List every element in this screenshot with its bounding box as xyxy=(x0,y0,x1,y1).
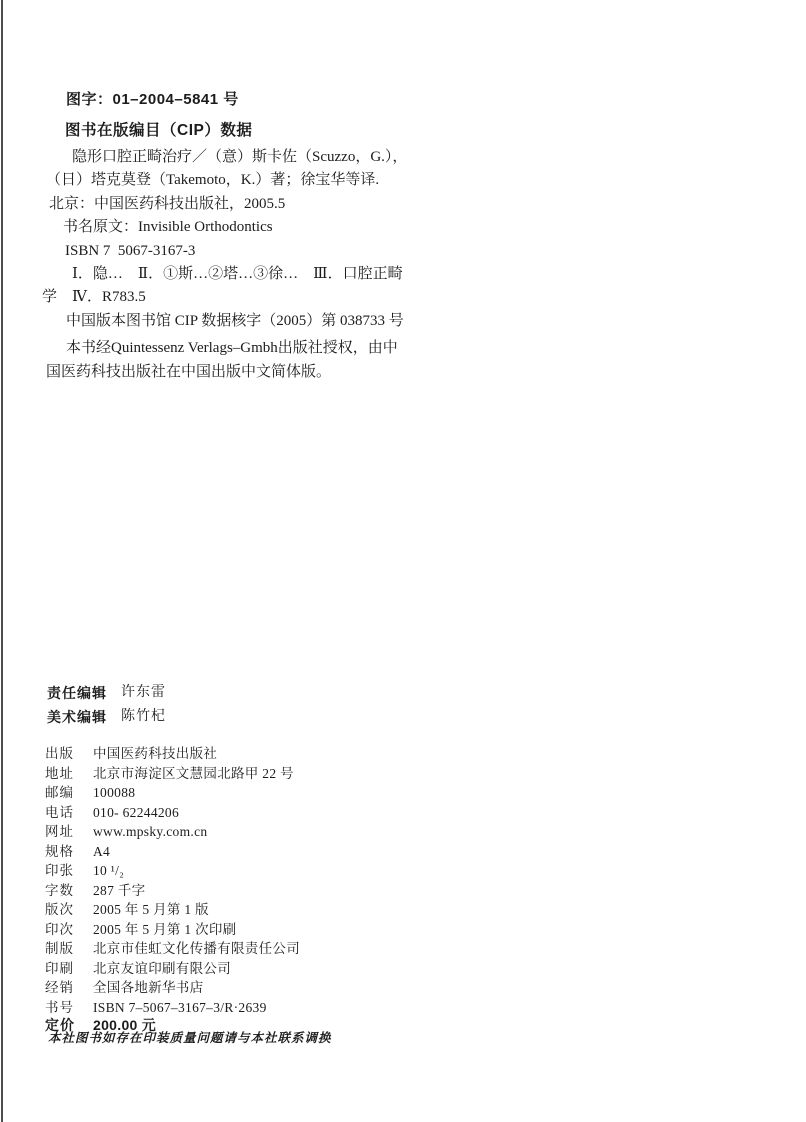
pub-row-website: 网址 www.mpsky.com.cn xyxy=(45,820,300,840)
pub-label: 电话 xyxy=(45,801,93,821)
editor-role-label: 美术编辑 xyxy=(47,705,107,729)
pub-label: 字数 xyxy=(45,879,93,899)
pub-row-platemaking: 制版 北京市佳虹文化传播有限责任公司 xyxy=(45,937,300,957)
editor-name: 许东雷 xyxy=(121,681,166,705)
editor-row: 美术编辑 陈竹杞 xyxy=(47,705,166,729)
pub-value: 2005 年 5 月第 1 次印刷 xyxy=(93,918,236,938)
pub-row-address: 地址 北京市海淀区文慧园北路甲 22 号 xyxy=(45,762,300,782)
pub-value: 北京市佳虹文化传播有限责任公司 xyxy=(93,937,300,957)
pub-row-distributor: 经销 全国各地新华书店 xyxy=(45,976,300,996)
pub-label: 制版 xyxy=(45,937,93,957)
cip-license-line: 本书经Quintessenz Verlags–Gmbh出版社授权，由中 xyxy=(66,337,522,360)
cip-isbn-line: ISBN 7 5067-3167-3 xyxy=(65,240,522,263)
cip-heading: 图书在版编目（CIP）数据 xyxy=(65,118,252,140)
pub-value: 010- 62244206 xyxy=(93,805,179,821)
scan-edge-line xyxy=(1,0,3,1122)
pub-row-wordcount: 字数 287 千字 xyxy=(45,879,300,899)
publication-info-list: 出版 中国医药科技出版社 地址 北京市海淀区文慧园北路甲 22 号 邮编 100… xyxy=(45,742,300,1035)
pub-label: 印张 xyxy=(45,859,93,879)
pub-label: 印次 xyxy=(45,918,93,938)
pub-label: 规格 xyxy=(45,840,93,860)
pub-label: 版次 xyxy=(45,898,93,918)
pub-row-isbn: 书号 ISBN 7–5067–3167–3/R·2639 xyxy=(45,996,300,1016)
editor-row: 责任编辑 许东雷 xyxy=(47,681,166,705)
pub-value: ISBN 7–5067–3167–3/R·2639 xyxy=(93,1000,267,1016)
pub-row-postcode: 邮编 100088 xyxy=(45,781,300,801)
cip-line: 北京：中国医药科技出版社，2005.5 xyxy=(49,193,522,216)
cip-record-number-line: 中国版本图书馆 CIP 数据核字（2005）第 038733 号 xyxy=(66,310,522,333)
registration-number: 图字：01–2004–5841 号 xyxy=(66,88,239,109)
cip-data-block: 隐形口腔正畸治疗／（意）斯卡佐（Scuzzo，G.）， （日）塔克莫登（Take… xyxy=(42,146,522,384)
quality-exchange-note: 本社图书如存在印装质量问题请与本社联系调换 xyxy=(48,1028,332,1046)
pub-value: 100088 xyxy=(93,785,135,801)
cip-line: 书名原文：Invisible Orthodontics xyxy=(63,216,522,239)
pub-value: 2005 年 5 月第 1 版 xyxy=(93,898,209,918)
pub-row-publisher: 出版 中国医药科技出版社 xyxy=(45,742,300,762)
pub-label: 邮编 xyxy=(45,781,93,801)
cip-line: 隐形口腔正畸治疗／（意）斯卡佐（Scuzzo，G.）， xyxy=(72,146,522,169)
pub-row-printing: 印次 2005 年 5 月第 1 次印刷 xyxy=(45,918,300,938)
pub-row-printer: 印刷 北京友谊印刷有限公司 xyxy=(45,957,300,977)
pub-row-format: 规格 A4 xyxy=(45,840,300,860)
pub-value: 北京市海淀区文慧园北路甲 22 号 xyxy=(93,762,294,782)
cip-classification-line: 学 Ⅳ．R783.5 xyxy=(42,286,522,309)
pub-value: 中国医药科技出版社 xyxy=(93,742,217,762)
cip-classification-line: Ⅰ．隐… Ⅱ．①斯…②塔…③徐… Ⅲ．口腔正畸 xyxy=(72,263,522,286)
pub-row-phone: 电话 010- 62244206 xyxy=(45,801,300,821)
pub-value: www.mpsky.com.cn xyxy=(93,824,207,840)
cip-license-line: 国医药科技出版社在中国出版中文简体版。 xyxy=(46,361,522,384)
pub-row-sheets: 印张 10 ¹/₂ xyxy=(45,859,300,879)
pub-label: 地址 xyxy=(45,762,93,782)
editors-block: 责任编辑 许东雷 美术编辑 陈竹杞 xyxy=(47,681,166,729)
pub-label: 出版 xyxy=(45,742,93,762)
pub-label: 网址 xyxy=(45,820,93,840)
pub-row-edition: 版次 2005 年 5 月第 1 版 xyxy=(45,898,300,918)
pub-value: A4 xyxy=(93,844,110,860)
pub-label: 经销 xyxy=(45,976,93,996)
pub-label: 书号 xyxy=(45,996,93,1016)
pub-label: 印刷 xyxy=(45,957,93,977)
pub-value: 10 ¹/₂ xyxy=(93,863,124,879)
pub-value: 全国各地新华书店 xyxy=(93,976,203,996)
pub-value: 北京友谊印刷有限公司 xyxy=(93,957,231,977)
editor-role-label: 责任编辑 xyxy=(47,681,107,705)
cip-line: （日）塔克莫登（Takemoto，K.）著；徐宝华等译. xyxy=(46,169,522,192)
pub-value: 287 千字 xyxy=(93,879,145,899)
editor-name: 陈竹杞 xyxy=(121,705,166,729)
